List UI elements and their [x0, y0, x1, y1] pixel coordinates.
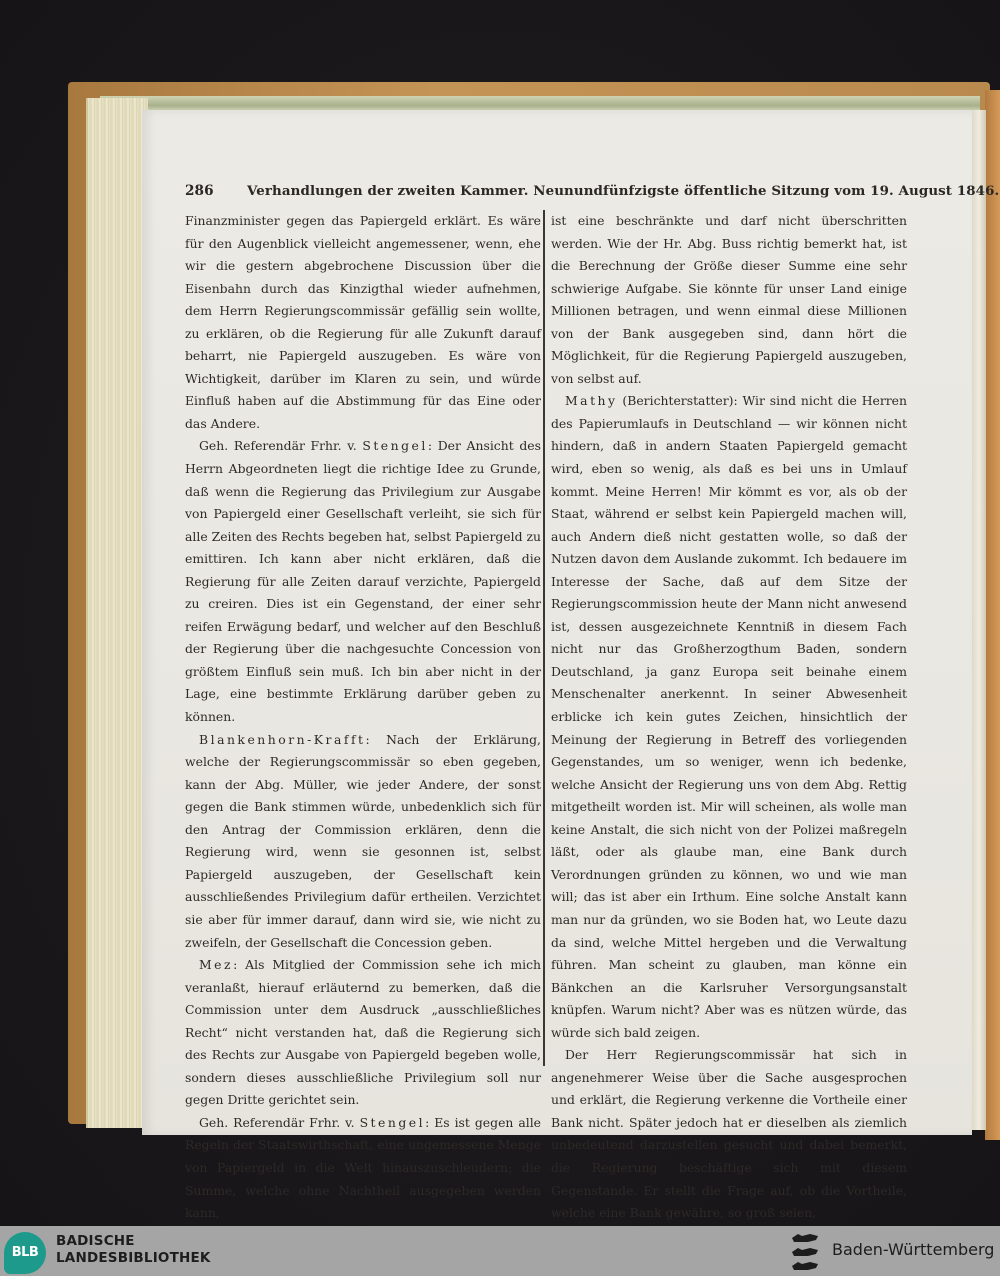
paragraph: ist eine beschränkte und darf nicht über…: [551, 210, 907, 390]
left-column: Finanzminister gegen das Papiergeld erkl…: [185, 210, 541, 1225]
paragraph: Mathy (Berichterstatter): Wir sind nicht…: [551, 390, 907, 1044]
speaker-name: Mez: [199, 957, 233, 972]
paragraph: Finanzminister gegen das Papiergeld erkl…: [185, 210, 541, 435]
paragraph: Geh. Referendär Frhr. v. Stengel: Der An…: [185, 435, 541, 728]
speaker-name: Stengel: [362, 438, 428, 453]
column-divider: [543, 210, 545, 1066]
paragraph: Geh. Referendär Frhr. v. Stengel: Es ist…: [185, 1112, 541, 1225]
paragraph: Blankenhorn-Krafft: Nach der Erklärung, …: [185, 729, 541, 954]
page-stack-edges: [86, 98, 148, 1128]
running-title: Verhandlungen der zweiten Kammer. Neunun…: [247, 183, 999, 199]
speaker-name: Mathy: [565, 393, 618, 408]
state-name[interactable]: Baden-Württemberg: [832, 1240, 994, 1259]
paragraph: Der Herr Regierungscommissär hat sich in…: [551, 1044, 907, 1224]
right-column: ist eine beschränkte und darf nicht über…: [551, 210, 907, 1225]
blb-logo[interactable]: BLB: [4, 1232, 46, 1274]
page-right-flap: [972, 110, 986, 1130]
page-number: 286: [185, 183, 214, 199]
three-lions-icon: [790, 1230, 822, 1274]
library-name[interactable]: BADISCHE LANDESBIBLIOTHEK: [56, 1233, 211, 1267]
footer-bar: BLB BADISCHE LANDESBIBLIOTHEK Baden-Würt…: [0, 1226, 1000, 1276]
book-cover-right-edge: [985, 90, 1000, 1140]
speaker-name: Blankenhorn-Krafft: [199, 732, 366, 747]
speaker-name: Stengel: [360, 1115, 426, 1130]
running-head: 286 Verhandlungen der zweiten Kammer. Ne…: [185, 183, 915, 205]
paragraph: Mez: Als Mitglied der Commission sehe ic…: [185, 954, 541, 1112]
